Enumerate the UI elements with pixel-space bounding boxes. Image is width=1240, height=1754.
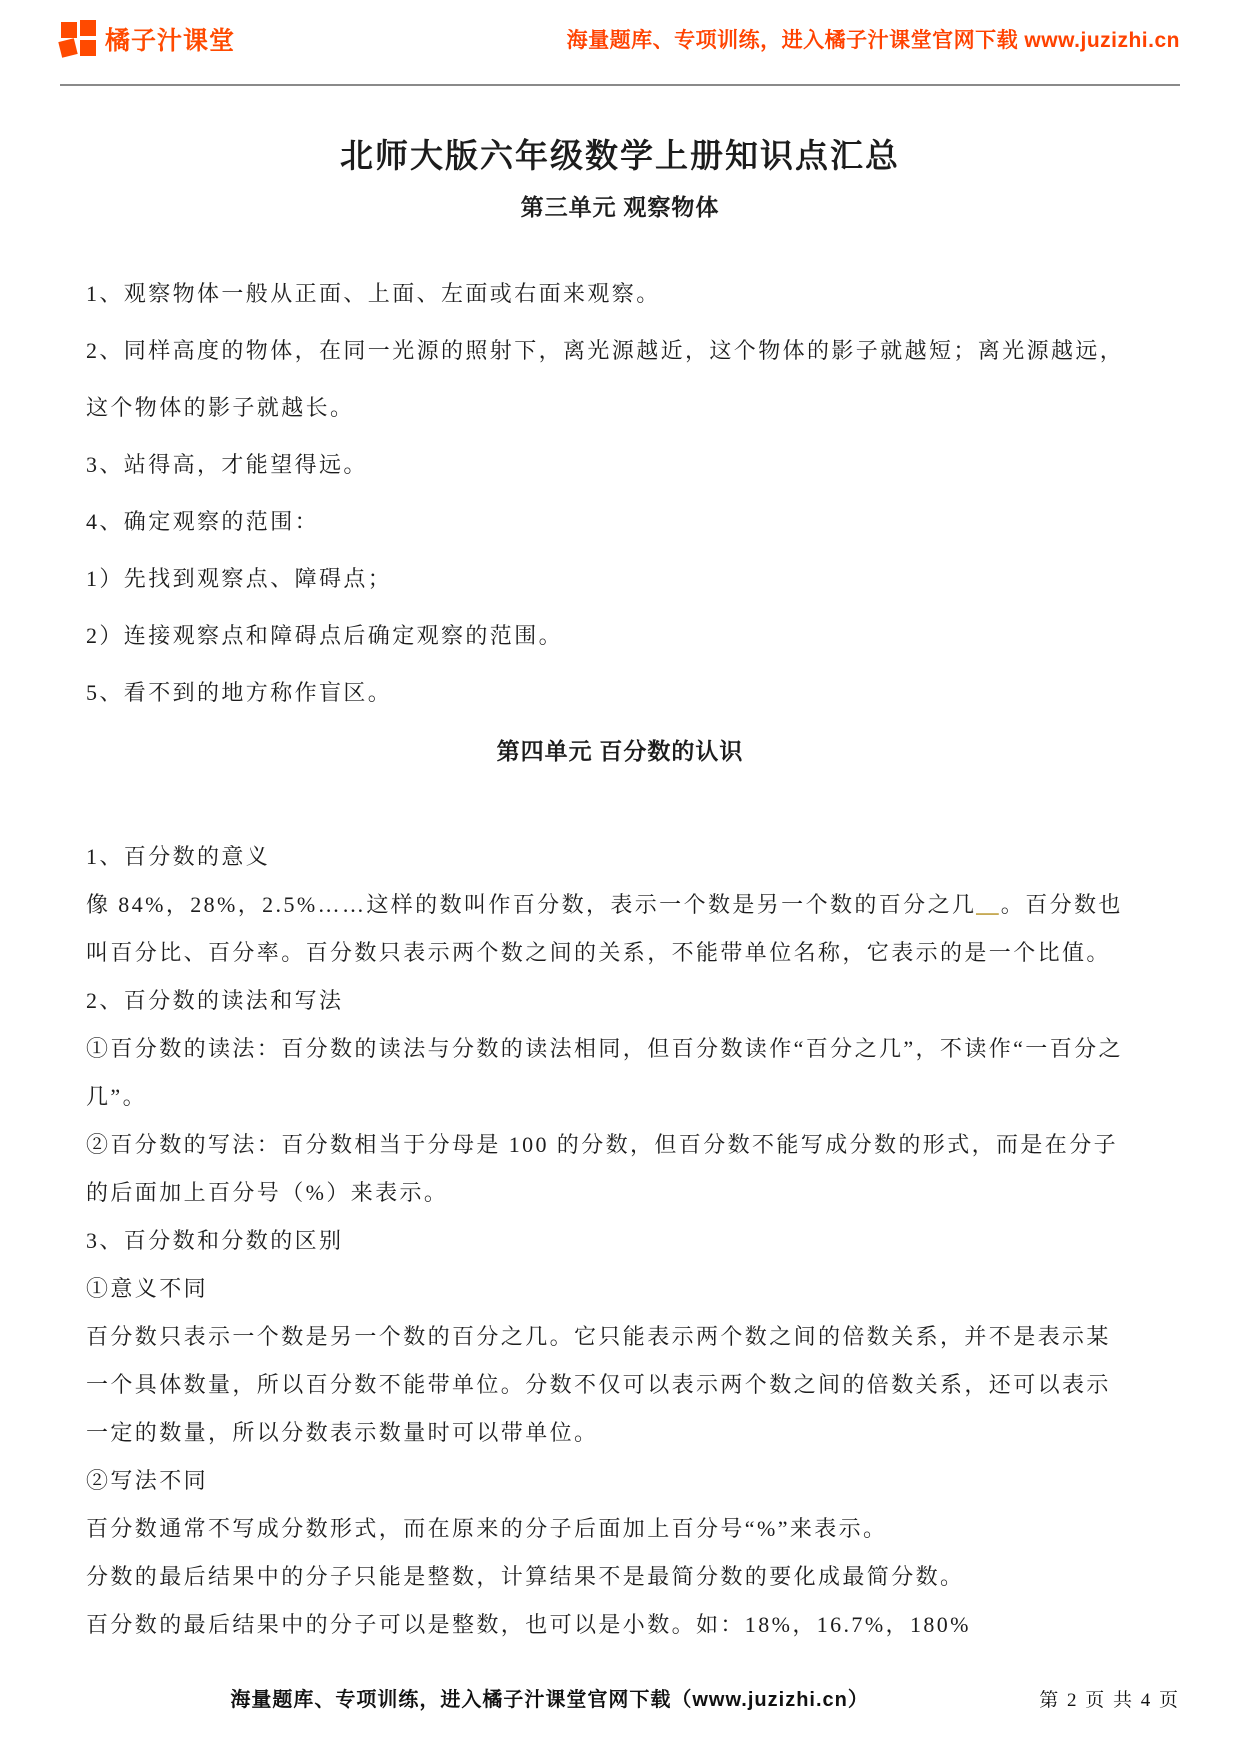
text-line: 几”。 — [86, 1073, 1156, 1121]
text-line: ②写法不同 — [86, 1457, 1156, 1505]
text-line: 1、观察物体一般从正面、上面、左面或右面来观察。 — [86, 265, 1156, 322]
text-line: 2、同样高度的物体，在同一光源的照射下，离光源越近，这个物体的影子就越短；离光源… — [86, 322, 1156, 379]
text-line: 3、百分数和分数的区别 — [86, 1217, 1156, 1265]
text-line: 1）先找到观察点、障碍点； — [86, 550, 1156, 607]
page-header: 橘子汁课堂 海量题库、专项训练，进入橘子汁课堂官网下载 www.juzizhi.… — [60, 0, 1180, 86]
logo-square — [61, 22, 77, 38]
text-line: 3、站得高，才能望得远。 — [86, 436, 1156, 493]
text-line: 百分数的最后结果中的分子可以是整数，也可以是小数。如：18%，16.7%，180… — [86, 1601, 1156, 1649]
logo-square — [58, 38, 77, 57]
document-page: 橘子汁课堂 海量题库、专项训练，进入橘子汁课堂官网下载 www.juzizhi.… — [0, 0, 1240, 1754]
text-line: 2、百分数的读法和写法 — [86, 977, 1156, 1025]
section-heading-unit4: 第四单元 百分数的认识 — [0, 737, 1240, 767]
text-line: 这个物体的影子就越长。 — [86, 379, 1156, 436]
logo-square — [80, 20, 96, 36]
text-line: 的后面加上百分号（%）来表示。 — [86, 1169, 1156, 1217]
section-unit3-body: 1、观察物体一般从正面、上面、左面或右面来观察。 2、同样高度的物体，在同一光源… — [0, 265, 1240, 721]
page-title: 北师大版六年级数学上册知识点汇总 — [0, 130, 1240, 177]
text-line: 一定的数量，所以分数表示数量时可以带单位。 — [86, 1409, 1156, 1457]
footer-tagline: 海量题库、专项训练，进入橘子汁课堂官网下载（www.juzizhi.cn） — [60, 1683, 1039, 1712]
section-heading-unit3: 第三单元 观察物体 — [0, 193, 1240, 223]
footer-page-number: 第 2 页 共 4 页 — [1039, 1685, 1180, 1712]
page-footer: 海量题库、专项训练，进入橘子汁课堂官网下载（www.juzizhi.cn） 第 … — [60, 1683, 1180, 1712]
brand-logo: 橘子汁课堂 — [60, 18, 235, 60]
text-line: 4、确定观察的范围： — [86, 493, 1156, 550]
text-line: ②百分数的写法：百分数相当于分母是 100 的分数，但百分数不能写成分数的形式，… — [86, 1121, 1156, 1169]
text-line: 百分数通常不写成分数形式，而在原来的分子后面加上百分号“%”来表示。 — [86, 1505, 1156, 1553]
text-line: 像 84%，28%，2.5%……这样的数叫作百分数，表示一个数是另一个数的百分之… — [86, 881, 1156, 929]
four-squares-logo-icon — [60, 18, 98, 60]
text-line: 2）连接观察点和障碍点后确定观察的范围。 — [86, 607, 1156, 664]
text-segment: 。百分数也 — [1001, 892, 1123, 917]
text-segment: 像 84%，28%，2.5%……这样的数叫作百分数，表示一个数是另一个数的百分之… — [86, 892, 976, 917]
section-unit4-body: 1、百分数的意义 像 84%，28%，2.5%……这样的数叫作百分数，表示一个数… — [0, 833, 1240, 1649]
header-tagline: 海量题库、专项训练，进入橘子汁课堂官网下载 www.juzizhi.cn — [567, 24, 1180, 54]
text-line: 分数的最后结果中的分子只能是整数，计算结果不是最简分数的要化成最简分数。 — [86, 1553, 1156, 1601]
text-line: 百分数只表示一个数是另一个数的百分之几。它只能表示两个数之间的倍数关系，并不是表… — [86, 1313, 1156, 1361]
text-line: 5、看不到的地方称作盲区。 — [86, 664, 1156, 721]
text-line: 1、百分数的意义 — [86, 833, 1156, 881]
text-line: ①意义不同 — [86, 1265, 1156, 1313]
text-line: 叫百分比、百分率。百分数只表示两个数之间的关系，不能带单位名称，它表示的是一个比… — [86, 929, 1156, 977]
text-line: 一个具体数量，所以百分数不能带单位。分数不仅可以表示两个数之间的倍数关系，还可以… — [86, 1361, 1156, 1409]
text-line: ①百分数的读法：百分数的读法与分数的读法相同，但百分数读作“百分之几”，不读作“… — [86, 1025, 1156, 1073]
brand-name: 橘子汁课堂 — [105, 21, 235, 57]
logo-square — [80, 40, 96, 56]
blank-underline-mark: ＿ — [976, 892, 1000, 917]
